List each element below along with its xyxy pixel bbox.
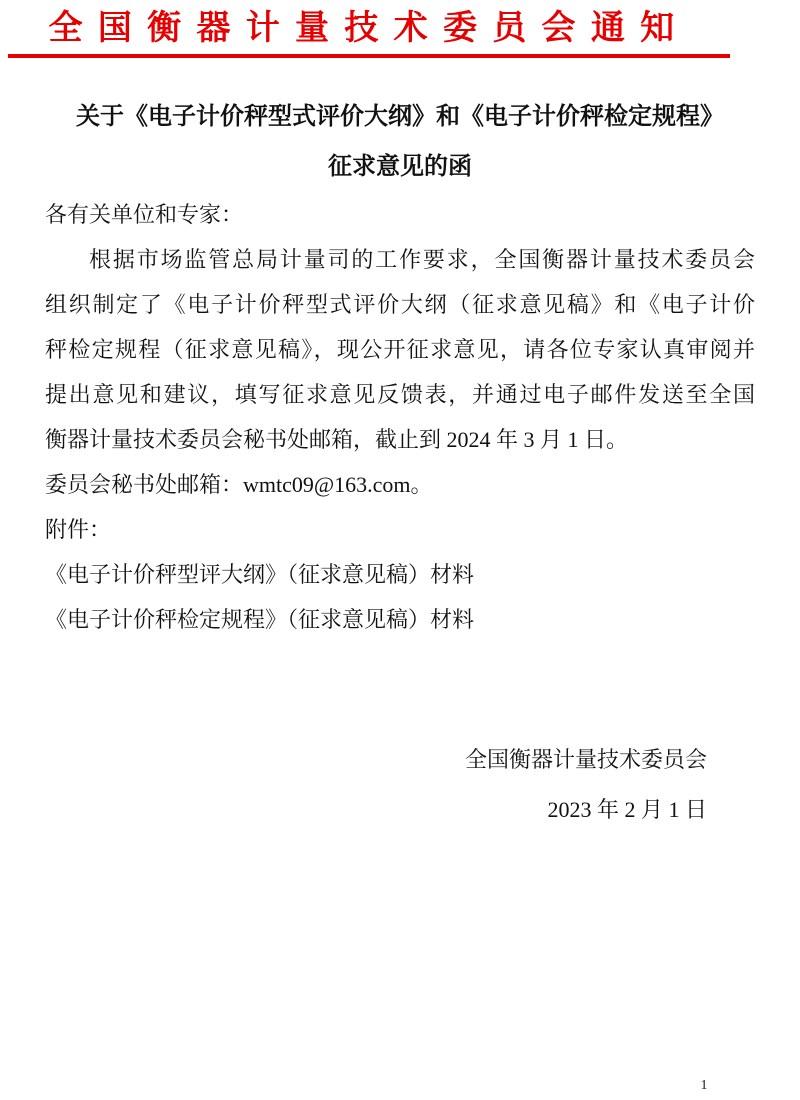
signature-block: 全国衡器计量技术委员会 2023 年 2 月 1 日 [45, 735, 707, 835]
body-line: 秤检定规程（征求意见稿》，现公开征求意见，请各位专家认真审阅并 [45, 327, 755, 372]
masthead-rule-divider [8, 54, 730, 58]
signature-date: 2023 年 2 月 1 日 [45, 785, 707, 835]
notice-page: 全国衡器计量技术委员会通知 关于《电子计价秤型式评价大纲》和《电子计价秤检定规程… [0, 0, 800, 1100]
signature-org: 全国衡器计量技术委员会 [45, 735, 707, 785]
document-title-line-2: 征求意见的函 [45, 142, 755, 192]
body-line: 衡器计量技术委员会秘书处邮箱，截止到 2024 年 3 月 1 日。 [45, 417, 755, 462]
masthead-title: 全国衡器计量技术委员会通知 [8, 6, 730, 52]
document-title: 关于《电子计价秤型式评价大纲》和《电子计价秤检定规程》 征求意见的函 [45, 92, 755, 192]
page-number: 1 [694, 1078, 714, 1094]
salutation: 各有关单位和专家： [45, 192, 755, 237]
attachments-label: 附件： [45, 507, 755, 552]
attachment-item: 《电子计价秤检定规程》（征求意见稿）材料 [45, 597, 755, 642]
body-line: 提出意见和建议，填写征求意见反馈表，并通过电子邮件发送至全国 [45, 372, 755, 417]
email-line: 委员会秘书处邮箱：wmtc09@163.com。 [45, 462, 755, 507]
document-title-line-1: 关于《电子计价秤型式评价大纲》和《电子计价秤检定规程》 [45, 92, 755, 142]
letter-body: 各有关单位和专家： 根据市场监管总局计量司的工作要求，全国衡器计量技术委员会 组… [45, 192, 755, 642]
body-line: 组织制定了《电子计价秤型式评价大纲（征求意见稿》和《电子计价 [45, 282, 755, 327]
attachment-item: 《电子计价秤型评大纲》（征求意见稿）材料 [45, 552, 755, 597]
body-line: 根据市场监管总局计量司的工作要求，全国衡器计量技术委员会 [45, 237, 755, 282]
